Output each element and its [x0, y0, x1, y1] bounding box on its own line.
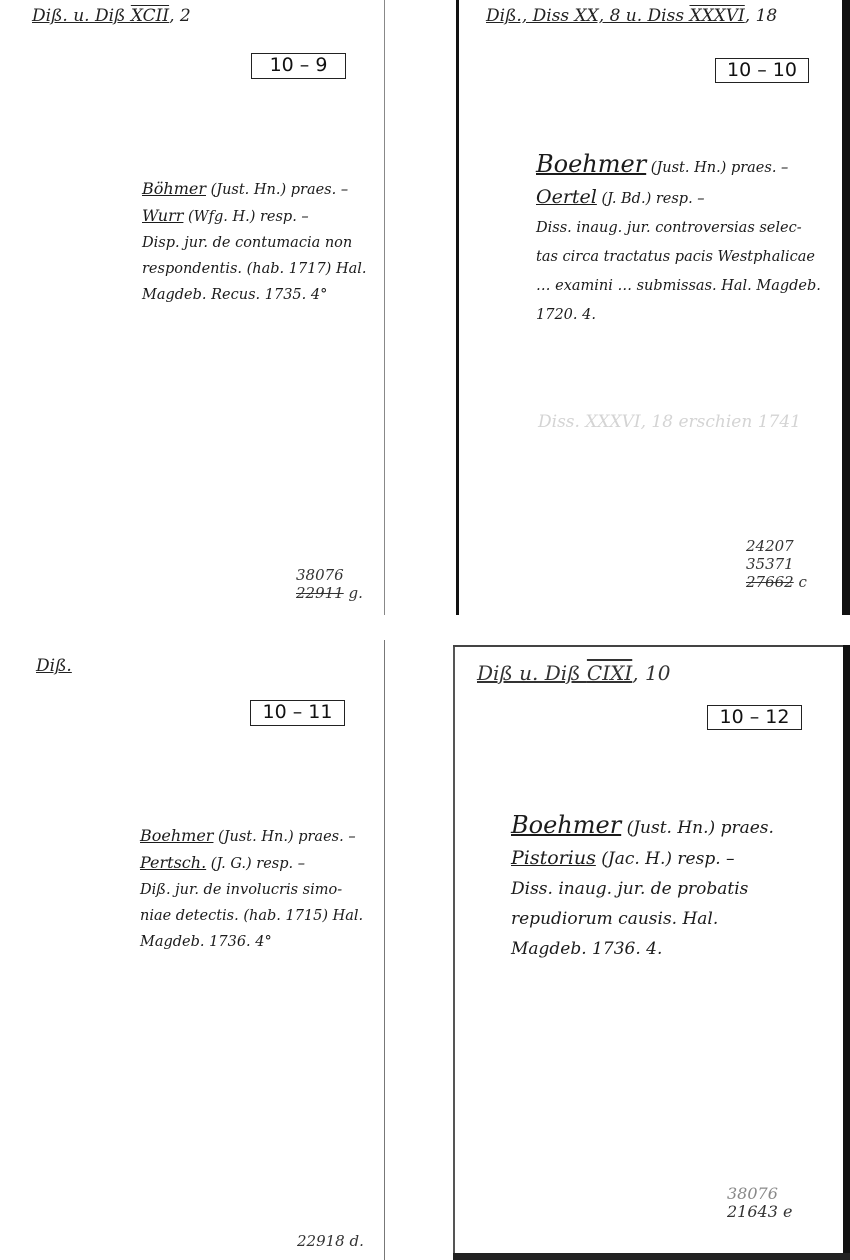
card-edge	[384, 640, 385, 1260]
catalog-card-10-12: Diß u. Diß CIXI, 10 10 – 12 Boehmer (Jus…	[453, 645, 850, 1260]
catalog-card-10-11: Diß. 10 – 11 Boehmer (Just. Hn.) praes. …	[0, 640, 386, 1260]
shelf-signature: Diß., Diss XX, 8 u. Diss XXXVI, 18	[486, 6, 777, 26]
shelf-signature: Diß.	[36, 656, 72, 676]
respondent-name: Pertsch.	[140, 853, 206, 872]
card-number-box: 10 – 9	[251, 53, 346, 79]
card-edge	[843, 645, 850, 1260]
card-edge	[453, 1253, 850, 1260]
praeses-name: Boehmer	[511, 811, 621, 839]
card-number-box: 10 – 12	[707, 705, 802, 730]
catalog-card-10-10: Diß., Diss XX, 8 u. Diss XXXVI, 18 10 – …	[456, 0, 850, 615]
catalog-card-10-9: Diß. u. Diß XCII, 2 10 – 9 Böhmer (Just.…	[0, 0, 385, 615]
card-edge	[456, 0, 459, 615]
bibliographic-entry: Boehmer (Just. Hn.) praes. – Oertel (J. …	[536, 150, 821, 330]
bibliographic-entry: Boehmer (Just. Hn.) praes. Pistorius (Ja…	[511, 810, 774, 964]
card-number-box: 10 – 10	[715, 58, 809, 83]
card-number-box: 10 – 11	[250, 700, 345, 726]
faint-note: Diss. XXXVI, 18 erschien 1741	[538, 412, 801, 432]
accession-numbers: 38076 22911 g.	[296, 566, 363, 602]
accession-numbers: 22918 d.	[297, 1232, 364, 1250]
praeses-name: Boehmer	[140, 826, 213, 845]
card-edge	[453, 645, 843, 647]
respondent-name: Wurr	[142, 206, 183, 225]
respondent-name: Pistorius	[511, 847, 596, 869]
accession-numbers: 24207 35371 27662 c	[746, 537, 807, 591]
card-edge	[453, 645, 455, 1255]
respondent-name: Oertel	[536, 186, 597, 208]
praeses-name: Boehmer	[536, 150, 646, 178]
praeses-name: Böhmer	[142, 179, 206, 198]
card-edge	[384, 0, 385, 615]
shelf-signature: Diß u. Diß CIXI, 10	[477, 661, 670, 685]
bibliographic-entry: Böhmer (Just. Hn.) praes. – Wurr (Wfg. H…	[142, 176, 366, 308]
card-edge	[842, 0, 850, 615]
bibliographic-entry: Boehmer (Just. Hn.) praes. – Pertsch. (J…	[140, 823, 363, 955]
shelf-signature: Diß. u. Diß XCII, 2	[32, 6, 191, 26]
accession-numbers: 38076 21643 e	[727, 1185, 792, 1221]
